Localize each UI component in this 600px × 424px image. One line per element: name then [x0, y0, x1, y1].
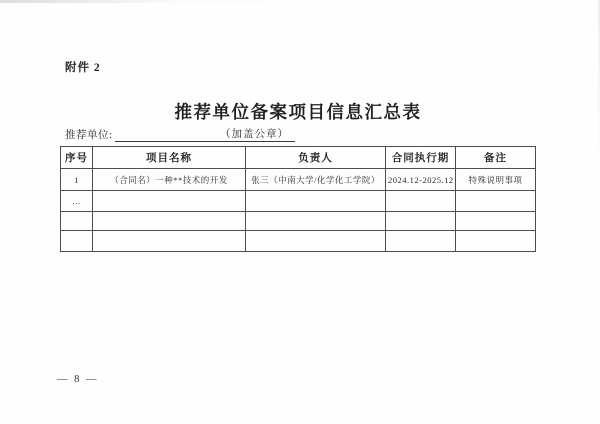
- cell-seq: [61, 231, 93, 252]
- recommending-unit-line: 推荐单位: （加盖公章）: [65, 127, 295, 142]
- header-contract-term: 合同执行期: [386, 147, 456, 169]
- header-lead: 负责人: [246, 147, 386, 169]
- scan-artifact-top: [0, 0, 600, 3]
- header-seq: 序号: [61, 147, 93, 169]
- cell-lead: [246, 191, 386, 212]
- cell-contract-term: [386, 212, 456, 231]
- cell-contract-term: [386, 191, 456, 212]
- table-row: [61, 231, 536, 252]
- cell-project-name: [93, 191, 246, 212]
- cell-remarks: [456, 212, 536, 231]
- table-header-row: 序号 项目名称 负责人 合同执行期 备注: [61, 147, 536, 169]
- cell-seq: …: [61, 191, 93, 212]
- page-title: 推荐单位备案项目信息汇总表: [0, 99, 596, 124]
- cell-lead: 张三（中南大学/化学化工学院）: [246, 169, 386, 191]
- cell-lead: [246, 231, 386, 252]
- cell-project-name: （合同名）一种**技术的开发: [93, 169, 246, 191]
- cell-lead: [246, 212, 386, 231]
- table-row: [61, 212, 536, 231]
- cell-project-name: [93, 231, 246, 252]
- project-summary-table: 序号 项目名称 负责人 合同执行期 备注 1 （合同名）一种**技术的开发 张三…: [60, 146, 536, 252]
- table-row: 1 （合同名）一种**技术的开发 张三（中南大学/化学化工学院） 2024.12…: [61, 169, 536, 191]
- table-row: …: [61, 191, 536, 212]
- cell-seq: [61, 212, 93, 231]
- document-page: 附件 2 推荐单位备案项目信息汇总表 推荐单位: （加盖公章） 序号 项目名称 …: [0, 0, 600, 424]
- cell-seq: 1: [61, 169, 93, 191]
- header-project-name: 项目名称: [93, 147, 246, 169]
- cell-project-name: [93, 212, 246, 231]
- cell-contract-term: 2024.12-2025.12: [386, 169, 456, 191]
- page-number: — 8 —: [57, 374, 99, 385]
- cell-remarks: [456, 191, 536, 212]
- attachment-label: 附件 2: [65, 59, 101, 75]
- recommending-unit-blank-with-seal-note: （加盖公章）: [115, 128, 295, 142]
- header-remarks: 备注: [456, 147, 536, 169]
- recommending-unit-label: 推荐单位:: [65, 130, 112, 141]
- cell-remarks: [456, 231, 536, 252]
- cell-contract-term: [386, 231, 456, 252]
- cell-remarks: 特殊说明事项: [456, 169, 536, 191]
